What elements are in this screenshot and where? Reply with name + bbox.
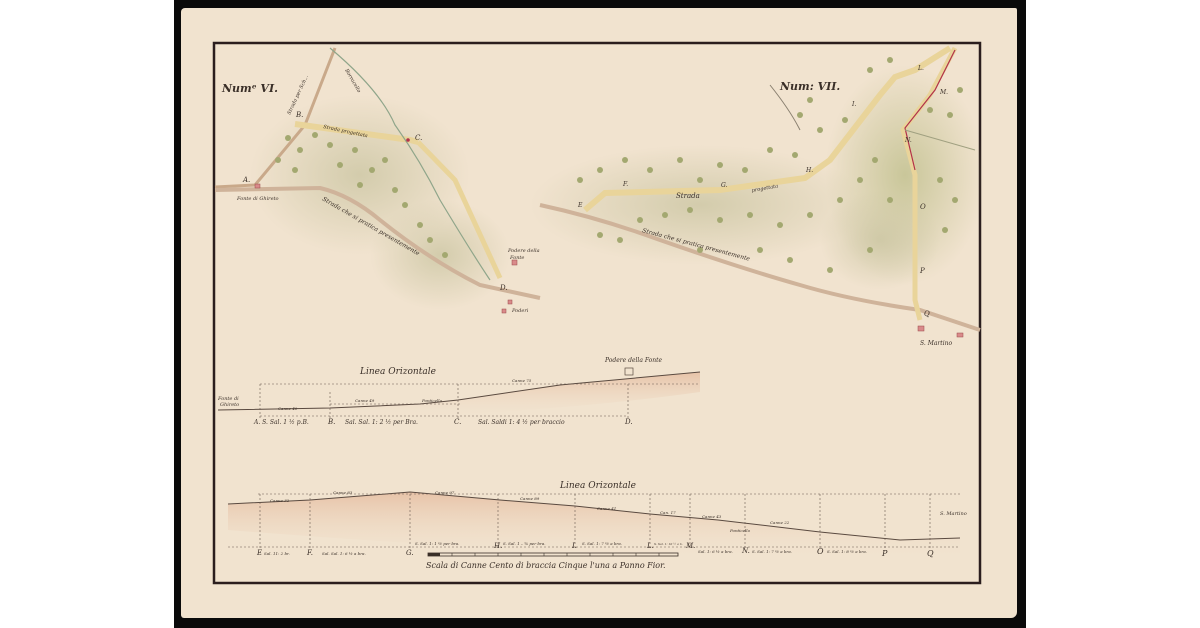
profile-2-ef: Sal. 11: 2 br. (264, 551, 290, 556)
profile-2-title: Linea Orizontale (559, 481, 636, 491)
profile-2-m: M. (685, 542, 695, 550)
label-podere-della: Podere della (507, 248, 540, 254)
profile-2-ponticello: Ponticello (729, 528, 751, 533)
profile-2-mn: Sal. 1: 6 ½ a bra. (698, 549, 733, 554)
profile-1-title: Linea Orizontale (359, 367, 436, 377)
profile-2-l: L. (646, 542, 654, 550)
point-i: I. (851, 101, 856, 108)
point-g: G. (721, 182, 728, 189)
profile-1-cd: Sal. Saldi 1: 4 ½ per braccio (478, 419, 565, 426)
point-e: E (577, 202, 583, 209)
label-podere-fonte: Fonte (509, 255, 524, 261)
profile-2-hi: S. Sal. 1 – ¾ per bra. (503, 541, 546, 546)
profile-2-canne-6: Can. 17 (660, 510, 676, 515)
profile-1-podere-label: Podere della Fonte (604, 357, 663, 364)
profile-2-canne-8: Canne 22 (770, 520, 790, 525)
point-l: L. (917, 65, 924, 72)
profile-1-ab: Sal. Sal. 1: 2 ½ per Bra. (345, 419, 418, 426)
profile-2-o: O (817, 547, 824, 556)
profile-2-canne-5: Canne 41 (597, 506, 616, 511)
point-o: O (920, 203, 926, 211)
profile-1-ghireto-label: Ghireto (220, 402, 239, 408)
section-vii-title: Num: VII. (779, 80, 840, 93)
profile-2-q: Q (927, 549, 934, 558)
profile-2-f: F. (306, 549, 313, 557)
point-c: C. (415, 134, 422, 142)
profile-1-a: A. S. Sal. 1 ½ p.B. (253, 419, 309, 426)
label-strada-vii: Strada (676, 192, 700, 200)
profile-2-lm: S. Sal. 1: 10 ½ a b. (654, 541, 683, 546)
profile-2-fg: Sal. Sal. 1: 6 ½ a bra. (322, 551, 366, 556)
profile-2-canne-4: Canne 89 (520, 496, 540, 501)
section-vi-title: Numᵉ VI. (221, 82, 278, 95)
point-p: P (919, 267, 925, 275)
label-borracello: Borracello (343, 67, 362, 94)
profile-1-ponticello: Ponticello (421, 398, 443, 403)
profile-1-canne-2: Canne 49 (355, 398, 375, 403)
profile-1 (218, 368, 700, 420)
map-drawing: Numᵉ VI. A. B. C. D. Fonte di Ghireto St… (0, 0, 1200, 628)
profile-2-canne-1: Canne 32 (270, 498, 290, 503)
label-fonte-ghireto: Fonte di Ghireto (236, 196, 279, 202)
profile-2-canne-3: Canne 97 (435, 490, 455, 495)
profile-2-no: S. Sal. 1: 7 ½ a bra. (752, 549, 792, 554)
profile-1-canne-1: Canne 40 (278, 406, 298, 411)
profile-1-c: C. (454, 418, 461, 426)
profile-2-g: G. (406, 549, 414, 557)
scale-caption: Scala di Canne Cento di braccia Cinque l… (426, 561, 666, 570)
profile-1-b: B. (327, 418, 335, 426)
profile-2-h: H. (493, 542, 502, 550)
profile-1-d: D. (624, 418, 633, 426)
profile-2-gh: S. Sal. 1: 1 ½ per bra. (415, 541, 459, 546)
profile-2-p: P (881, 549, 888, 558)
profile-2-op: S. Sal. 1: 8 ½ a bra. (827, 549, 867, 554)
profile-2-canne-7: Canne 43 (702, 514, 722, 519)
point-b: B. (295, 111, 303, 119)
label-s-martino: S. Martino (920, 340, 952, 347)
point-h: H. (805, 167, 813, 174)
label-poderi: Poderi (511, 308, 529, 314)
profile-2-s-martino: S. Martino (940, 511, 967, 517)
profile-2-e: E (256, 549, 262, 557)
point-d: D. (499, 284, 508, 292)
point-m: M. (939, 89, 948, 96)
profile-2-canne-2: Canne 83 (333, 490, 353, 495)
profile-2-n: N. (741, 547, 750, 555)
point-n: N. (904, 137, 912, 144)
point-a: A. (242, 176, 250, 184)
profile-1-canne-3: Canne 75 (512, 378, 532, 383)
point-f: F. (622, 181, 628, 188)
profile-2-i: I. (571, 542, 577, 550)
point-q: Q (924, 310, 930, 318)
profile-2-il: S. Sal. 1: 7 ½ a bra. (582, 541, 622, 546)
